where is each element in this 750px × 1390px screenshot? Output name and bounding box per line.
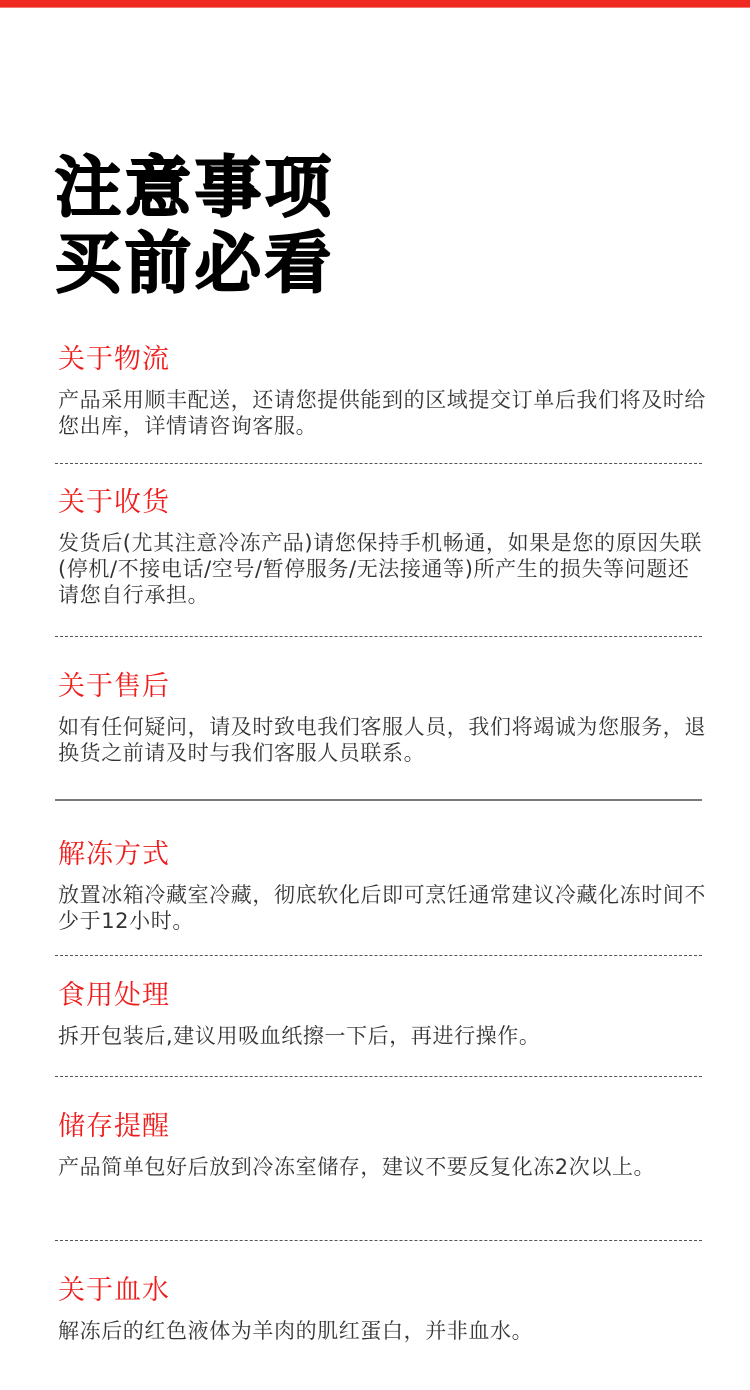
divider-dashed <box>55 1240 702 1241</box>
section-after-sales: 关于售后 如有任何疑问，请及时致电我们客服人员，我们将竭诚为您服务，退换货之前请… <box>58 670 708 766</box>
top-accent-bar-edge <box>0 7 750 8</box>
section-storage: 储存提醒 产品简单包好后放到冷冻室储存，建议不要反复化冻2次以上。 <box>58 1110 708 1180</box>
section-title: 解冻方式 <box>58 838 708 872</box>
divider-dashed <box>55 955 702 956</box>
section-body: 解冻后的红色液体为羊肉的肌红蛋白，并非血水。 <box>58 1318 708 1344</box>
section-receiving: 关于收货 发货后(尤其注意冷冻产品)请您保持手机畅通，如果是您的原因失联(停机/… <box>58 486 708 608</box>
top-accent-bar <box>0 0 750 7</box>
page-title-line-1: 注意事项 <box>55 150 335 226</box>
section-body: 如有任何疑问，请及时致电我们客服人员，我们将竭诚为您服务，退换货之前请及时与我们… <box>58 714 708 766</box>
divider-dashed <box>55 1076 702 1077</box>
section-logistics: 关于物流 产品采用顺丰配送，还请您提供能到的区域提交订单后我们将及时给您出库，详… <box>58 343 708 439</box>
section-title: 食用处理 <box>58 979 708 1013</box>
divider-solid <box>55 799 702 801</box>
divider-dashed <box>55 463 702 464</box>
section-handling: 食用处理 拆开包装后,建议用吸血纸擦一下后，再进行操作。 <box>58 979 708 1049</box>
section-body: 放置冰箱冷藏室冷藏，彻底软化后即可烹饪通常建议冷藏化冻时间不少于12小时。 <box>58 882 708 934</box>
section-title: 关于收货 <box>58 486 708 520</box>
section-body: 产品采用顺丰配送，还请您提供能到的区域提交订单后我们将及时给您出库，详情请咨询客… <box>58 387 708 439</box>
section-title: 关于售后 <box>58 670 708 704</box>
section-thawing: 解冻方式 放置冰箱冷藏室冷藏，彻底软化后即可烹饪通常建议冷藏化冻时间不少于12小… <box>58 838 708 934</box>
section-blood-water: 关于血水 解冻后的红色液体为羊肉的肌红蛋白，并非血水。 <box>58 1274 708 1344</box>
divider-dashed <box>55 636 702 637</box>
section-title: 储存提醒 <box>58 1110 708 1144</box>
section-body: 拆开包装后,建议用吸血纸擦一下后，再进行操作。 <box>58 1023 708 1049</box>
section-title: 关于血水 <box>58 1274 708 1308</box>
section-title: 关于物流 <box>58 343 708 377</box>
page-title-line-2: 买前必看 <box>55 226 335 302</box>
section-body: 发货后(尤其注意冷冻产品)请您保持手机畅通，如果是您的原因失联(停机/不接电话/… <box>58 530 708 608</box>
section-body: 产品简单包好后放到冷冻室储存，建议不要反复化冻2次以上。 <box>58 1154 708 1180</box>
page-title: 注意事项 买前必看 <box>55 150 335 302</box>
